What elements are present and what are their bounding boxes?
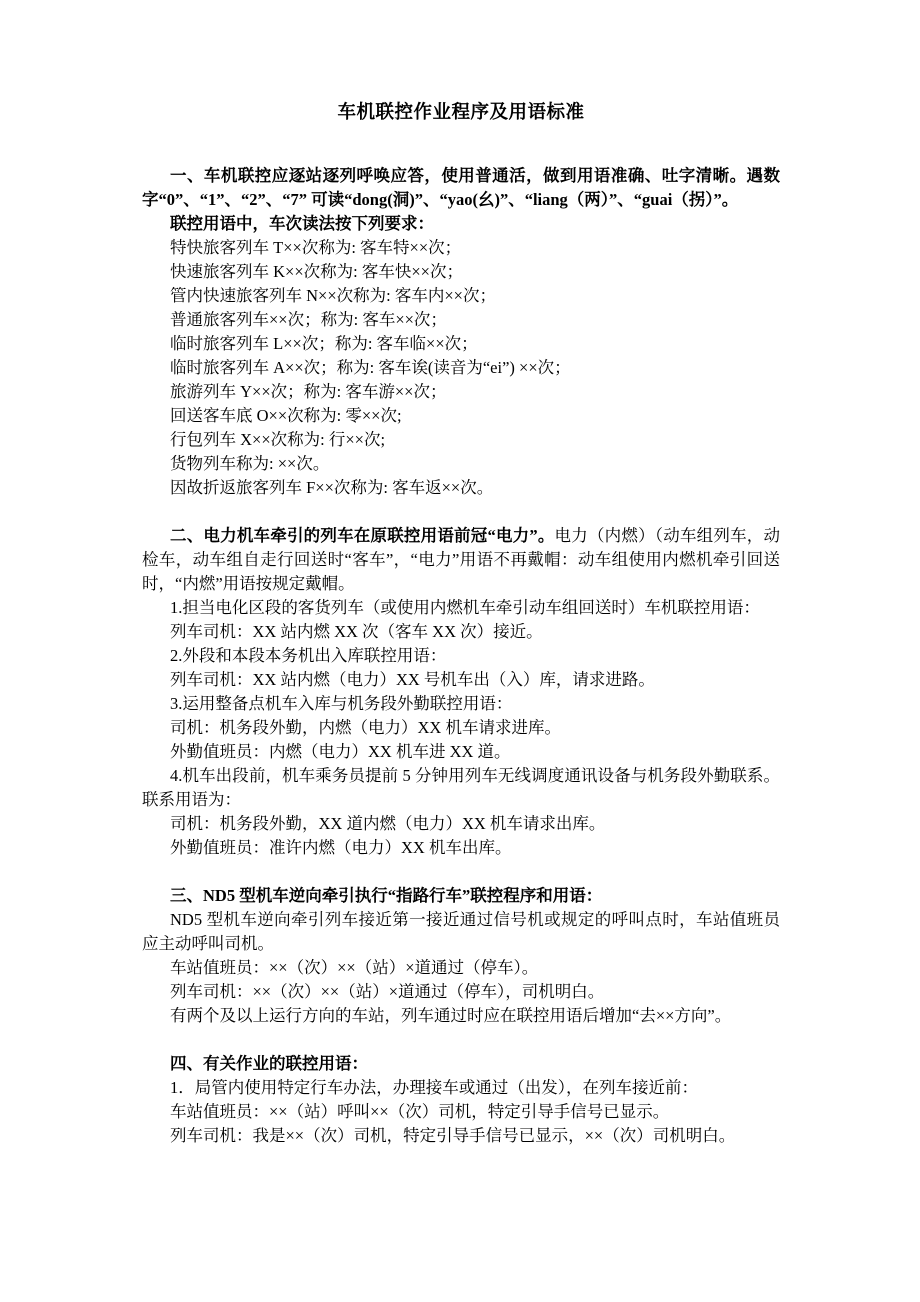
paragraph: 1.担当电化区段的客货列车（或使用内燃机车牵引动车组回送时）车机联控用语：	[142, 596, 780, 620]
section-heading: 一、车机联控应逐站逐列呼唤应答，使用普通活，做到用语准确、吐字清晰。遇数字“0”…	[142, 164, 780, 212]
paragraph: 外勤值班员：准许内燃（电力）XX 机车出库。	[142, 836, 780, 860]
paragraph: 因故折返旅客列车 F××次称为: 客车返××次。	[142, 476, 780, 500]
paragraph: 联控用语中，车次读法按下列要求：	[142, 212, 780, 236]
paragraph: 3.运用整备点机车入库与机务段外勤联控用语：	[142, 692, 780, 716]
paragraph: 列车司机：XX 站内燃 XX 次（客车 XX 次）接近。	[142, 620, 780, 644]
paragraph: 快速旅客列车 K××次称为: 客车快××次；	[142, 260, 780, 284]
paragraph: 回送客车底 O××次称为: 零××次;	[142, 404, 780, 428]
paragraph: 2.外段和本段本务机出入库联控用语：	[142, 644, 780, 668]
paragraph: 列车司机：我是××（次）司机，特定引导手信号已显示，××（次）司机明白。	[142, 1124, 780, 1148]
paragraph: 旅游列车 Y××次；称为: 客车游××次；	[142, 380, 780, 404]
paragraph: 行包列车 X××次称为: 行××次;	[142, 428, 780, 452]
paragraph: 临时旅客列车 A××次；称为: 客车诶(读音为“ei”) ××次；	[142, 356, 780, 380]
document-title: 车机联控作业程序及用语标准	[142, 100, 780, 126]
paragraph: 外勤值班员：内燃（电力）XX 机车进 XX 道。	[142, 740, 780, 764]
paragraph: 4.机车出段前，机车乘务员提前 5 分钟用列车无线调度通讯设备与机务段外勤联系。…	[142, 764, 780, 812]
paragraph: 普通旅客列车××次；称为: 客车××次；	[142, 308, 780, 332]
paragraph: 管内快速旅客列车 N××次称为: 客车内××次；	[142, 284, 780, 308]
paragraph: 货物列车称为: ××次。	[142, 452, 780, 476]
paragraph: 特快旅客列车 T××次称为: 客车特××次；	[142, 236, 780, 260]
section-heading: 三、ND5 型机车逆向牵引执行“指路行车”联控程序和用语：	[142, 884, 780, 908]
section-heading: 四、有关作业的联控用语：	[142, 1052, 780, 1076]
paragraph: 司机：机务段外勤，内燃（电力）XX 机车请求进库。	[142, 716, 780, 740]
paragraph: 有两个及以上运行方向的车站，列车通过时应在联控用语后增加“去××方向”。	[142, 1004, 780, 1028]
paragraph: ND5 型机车逆向牵引列车接近第一接近通过信号机或规定的呼叫点时，车站值班员应主…	[142, 908, 780, 956]
document-body: 一、车机联控应逐站逐列呼唤应答，使用普通活，做到用语准确、吐字清晰。遇数字“0”…	[142, 164, 780, 1148]
paragraph: 司机：机务段外勤，XX 道内燃（电力）XX 机车请求出库。	[142, 812, 780, 836]
paragraph: 列车司机：XX 站内燃（电力）XX 号机车出（入）库，请求进路。	[142, 668, 780, 692]
paragraph: 列车司机：××（次）××（站）×道通过（停车），司机明白。	[142, 980, 780, 1004]
document-page: 车机联控作业程序及用语标准 一、车机联控应逐站逐列呼唤应答，使用普通活，做到用语…	[0, 0, 920, 1302]
paragraph: 车站值班员：××（次）××（站）×道通过（停车）。	[142, 956, 780, 980]
section-heading: 二、电力机车牵引的列车在原联控用语前冠“电力”。电力（内燃）（动车组列车，动检车…	[142, 524, 780, 596]
paragraph: 车站值班员：××（站）呼叫××（次）司机，特定引导手信号已显示。	[142, 1100, 780, 1124]
paragraph: 1．局管内使用特定行车办法，办理接车或通过（出发），在列车接近前：	[142, 1076, 780, 1100]
paragraph: 临时旅客列车 L××次；称为: 客车临××次；	[142, 332, 780, 356]
